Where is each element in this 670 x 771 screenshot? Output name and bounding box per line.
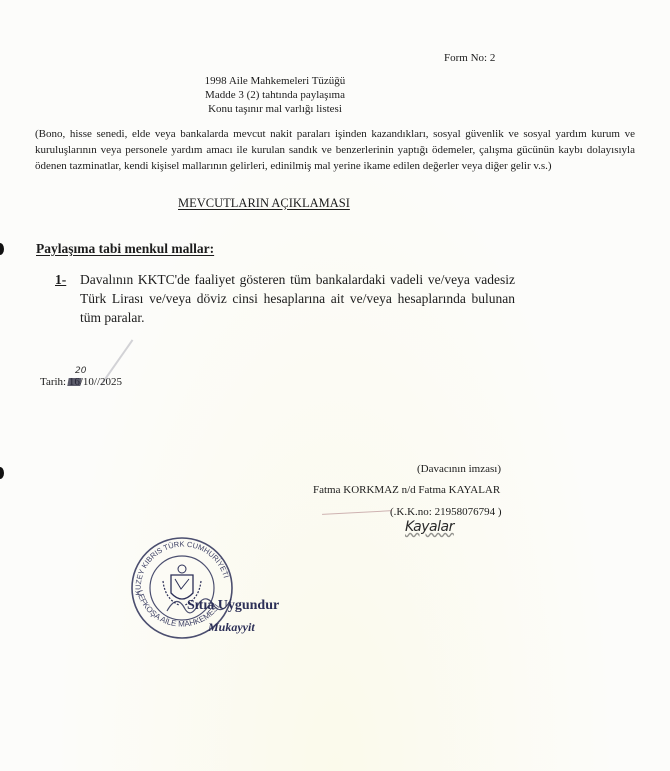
official-name: Sıtıa Uygundur (187, 598, 279, 614)
intro-paragraph: (Bono, hisse senedi, elde veya bankalard… (35, 126, 635, 174)
list-item-number: 1- (55, 270, 80, 327)
document-header: 1998 Aile Mahkemeleri Tüzüğü Madde 3 (2)… (150, 74, 400, 116)
plaintiff-name: Fatma KORKMAZ n/d Fatma KAYALAR (313, 484, 500, 496)
handwritten-signature: Kayalar (405, 519, 454, 535)
pen-stroke-mark (322, 510, 392, 515)
header-line-article: Madde 3 (2) tahtında paylaşıma (150, 88, 400, 102)
id-number: (.K.K.no: 21958076794 ) (390, 506, 502, 518)
date-crossed-day: 16 (69, 376, 80, 388)
punch-hole-mark (0, 243, 4, 255)
date-label: Tarih: (40, 376, 69, 388)
form-number: Form No: 2 (444, 52, 495, 64)
signature-label: (Davacının imzası) (417, 463, 501, 475)
header-line-subject: Konu taşınır mal varlığı listesi (150, 102, 400, 116)
list-item-text: Davalının KKTC'de faaliyet gösteren tüm … (80, 270, 515, 327)
section-title: MEVCUTLARIN AÇIKLAMASI (178, 196, 350, 211)
document-page: Form No: 2 1998 Aile Mahkemeleri Tüzüğü … (0, 0, 670, 771)
subheading: Paylaşıma tabi menkul mallar: (36, 241, 214, 257)
date-rest: /10//2025 (80, 376, 122, 388)
header-line-regulation: 1998 Aile Mahkemeleri Tüzüğü (150, 74, 400, 88)
punch-hole-mark (0, 467, 4, 479)
date-handwritten-correction: 20 (75, 366, 86, 376)
official-title: Mukayyit (208, 620, 255, 635)
list-item: 1- Davalının KKTC'de faaliyet gösteren t… (55, 270, 515, 327)
date-line: Tarih: 16/10//2025 (40, 376, 122, 388)
